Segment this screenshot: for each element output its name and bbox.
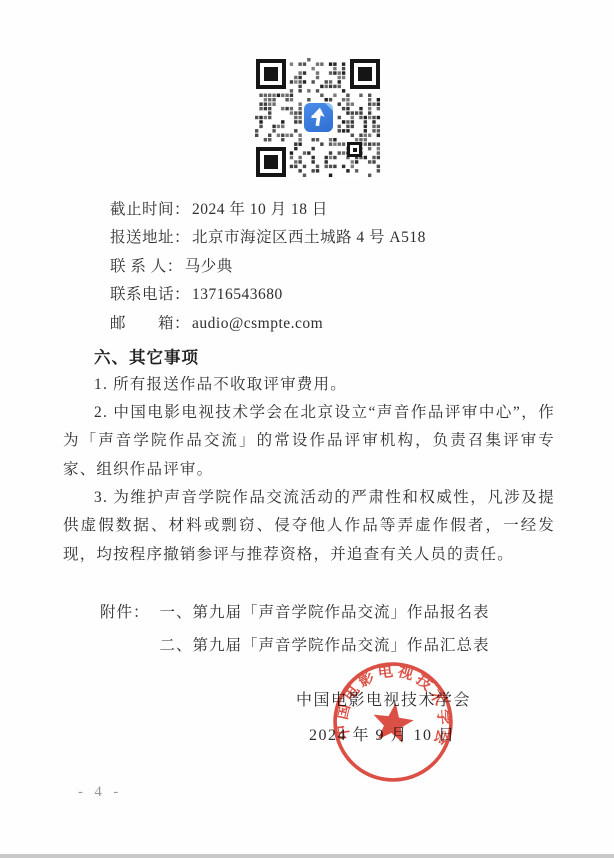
address-label: 报送地址：	[110, 229, 190, 246]
paragraph-2: 2. 中国电影电视技术学会在北京设立“声音作品评审中心”，作为「声音学院作品交流…	[63, 399, 555, 484]
email-value: audio@csmpte.com	[192, 315, 323, 332]
qr-finder-top-left	[256, 59, 286, 89]
paragraph-3: 3. 为维护声音学院作品交流活动的严肃性和权威性，凡涉及提供虚假数据、材料或剽窃…	[63, 484, 555, 569]
qr-code	[255, 58, 381, 178]
organization-name: 中国电影电视技术学会	[296, 687, 471, 710]
deadline-label: 截止时间：	[110, 201, 190, 218]
attachments-list: 一、第九届「声音学院作品交流」作品报名表 二、第九届「声音学院作品交流」作品汇总…	[160, 596, 490, 662]
contact-row-email: 邮 箱：audio@csmpte.com	[110, 310, 426, 338]
qr-alignment-square	[347, 142, 362, 157]
scan-edge-line	[0, 854, 614, 858]
contact-person-value: 马少典	[185, 258, 233, 275]
paragraph-1: 1. 所有报送作品不收取评审费用。	[63, 371, 555, 399]
attachment-item-1: 一、第九届「声音学院作品交流」作品报名表	[160, 596, 490, 629]
deadline-value: 2024 年 10 月 18 日	[192, 201, 328, 218]
navigation-arrow-icon	[304, 103, 333, 132]
qr-finder-top-right	[350, 59, 380, 89]
signature-date: 2024 年 9 月 10 日	[309, 722, 456, 745]
attachments-label: 附件：	[100, 596, 150, 662]
contact-info: 截止时间：2024 年 10 月 18 日 报送地址：北京市海淀区西土城路 4 …	[110, 196, 426, 338]
attachment-item-2: 二、第九届「声音学院作品交流」作品汇总表	[160, 629, 490, 662]
document-page: 截止时间：2024 年 10 月 18 日 报送地址：北京市海淀区西土城路 4 …	[0, 0, 614, 858]
contact-row-phone: 联系电话：13716543680	[110, 281, 426, 309]
email-label: 邮 箱：	[110, 315, 190, 332]
phone-value: 13716543680	[192, 286, 283, 303]
address-value: 北京市海淀区西土城路 4 号 A518	[192, 229, 426, 246]
attachments-block: 附件： 一、第九届「声音学院作品交流」作品报名表 二、第九届「声音学院作品交流」…	[100, 596, 490, 662]
phone-label: 联系电话：	[110, 286, 190, 303]
contact-person-label: 联 系 人：	[110, 258, 183, 275]
page-number: - 4 -	[78, 784, 122, 801]
contact-row-address: 报送地址：北京市海淀区西土城路 4 号 A518	[110, 224, 426, 252]
section-heading: 六、其它事项	[94, 344, 199, 368]
contact-row-deadline: 截止时间：2024 年 10 月 18 日	[110, 196, 426, 224]
qr-finder-bottom-left	[256, 147, 286, 177]
contact-row-person: 联 系 人：马少典	[110, 253, 426, 281]
